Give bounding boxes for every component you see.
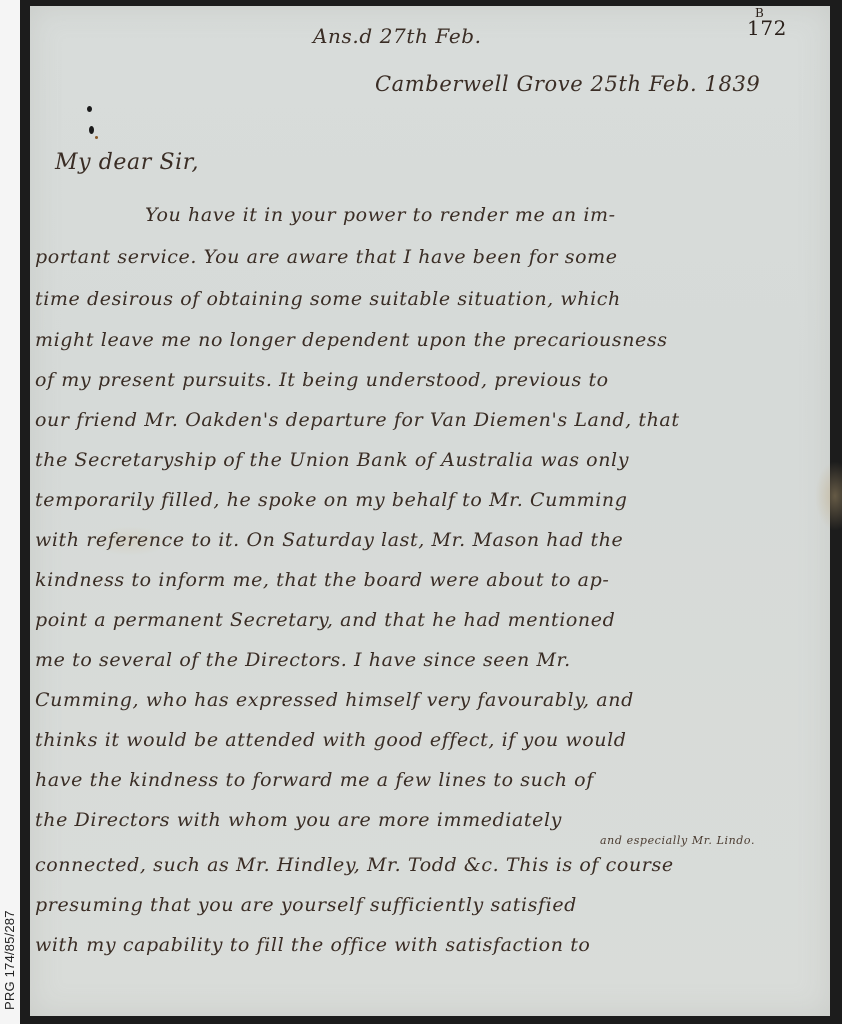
- body-line-10: kindness to inform me, that the board we…: [35, 569, 609, 591]
- body-line-6: our friend Mr. Oakden's departure for Va…: [35, 409, 680, 431]
- body-line-16: the Directors with whom you are more imm…: [35, 809, 562, 831]
- call-number: PRG 174/85/287: [2, 910, 17, 1010]
- reply-annotation: Ans.d 27th Feb.: [313, 24, 482, 48]
- letter-page: B 172 Ans.d 27th Feb. Camberwell Grove 2…: [30, 6, 830, 1016]
- body-line-11: point a permanent Secretary, and that he…: [35, 609, 615, 631]
- body-line-8: temporarily filled, he spoke on my behal…: [35, 489, 628, 511]
- body-line-13: Cumming, who has expressed himself very …: [35, 689, 634, 711]
- water-stain: [815, 461, 842, 531]
- body-line-3: time desirous of obtaining some suitable…: [35, 288, 621, 310]
- body-line-7: the Secretaryship of the Union Bank of A…: [35, 449, 629, 471]
- body-line-14: thinks it would be attended with good ef…: [35, 729, 627, 751]
- folio-letter: B: [755, 6, 764, 20]
- body-line-2: portant service. You are aware that I ha…: [35, 246, 618, 268]
- salutation: My dear Sir,: [55, 150, 199, 175]
- body-line-4: might leave me no longer dependent upon …: [35, 329, 668, 351]
- body-line-19: with my capability to fill the office wi…: [35, 934, 590, 956]
- body-line-12: me to several of the Directors. I have s…: [35, 649, 571, 671]
- body-line-18: presuming that you are yourself sufficie…: [35, 894, 577, 916]
- archive-label-strip: PRG 174/85/287: [0, 0, 20, 1024]
- folio-number-value: 172: [747, 16, 787, 40]
- body-line-9: with reference to it. On Saturday last, …: [35, 529, 623, 551]
- body-line-5: of my present pursuits. It being underst…: [35, 369, 609, 391]
- body-line-15: have the kindness to forward me a few li…: [35, 769, 594, 791]
- body-line-1: You have it in your power to render me a…: [145, 204, 616, 226]
- ink-blot-mark: [87, 106, 95, 140]
- folio-number: B 172: [747, 16, 787, 40]
- body-line-17: connected, such as Mr. Hindley, Mr. Todd…: [35, 854, 674, 876]
- interlinear-insertion: and especially Mr. Lindo.: [600, 834, 755, 847]
- place-date: Camberwell Grove 25th Feb. 1839: [375, 72, 760, 96]
